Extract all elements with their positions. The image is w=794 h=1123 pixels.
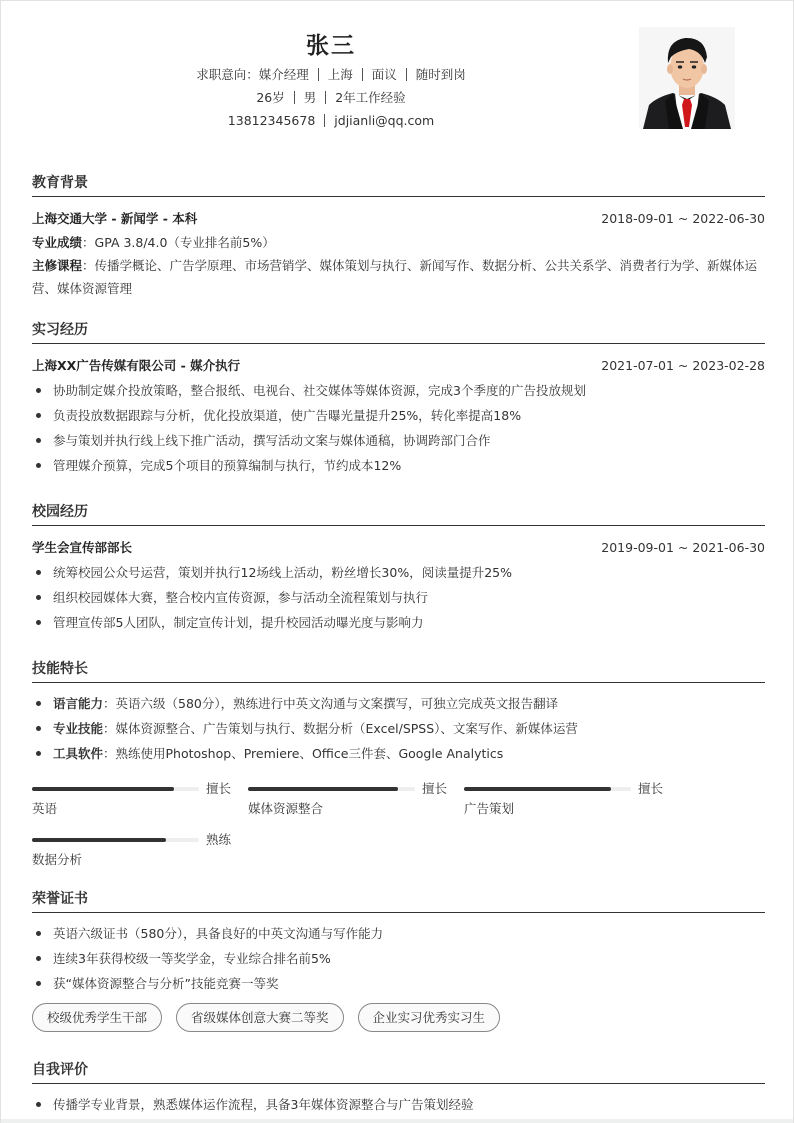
skill-name: 数据分析 bbox=[32, 851, 82, 868]
progress-track bbox=[464, 787, 631, 791]
progress-fill bbox=[248, 787, 398, 791]
honor-tag: 省级媒体创意大赛二等奖 bbox=[176, 1003, 344, 1032]
gpa-value: ：GPA 3.8/4.0（专业排名前5%） bbox=[82, 235, 275, 250]
honor-tag: 企业实习优秀实习生 bbox=[358, 1003, 501, 1032]
list-item: 统筹校园公众号运营，策划并执行12场线上活动，粉丝增长30%，阅读量提升25% bbox=[32, 560, 765, 585]
availability: 随时到岗 bbox=[416, 67, 466, 82]
list-item: 获“媒体资源整合与分析”技能竞赛一等奖 bbox=[32, 971, 765, 996]
age: 26岁 bbox=[256, 90, 284, 105]
list-item: 英语六级证书（580分），具备良好的中英文沟通与写作能力 bbox=[32, 921, 765, 946]
self-eval-bullets: 传播学专业背景，熟悉媒体运作流程，具备3年媒体资源整合与广告策划经验 bbox=[32, 1092, 765, 1117]
skill-bars: 擅长 英语 擅长 媒体资源整合 擅长 广告策划 熟练 数据分析 bbox=[32, 781, 765, 871]
internship-period: 2021-07-01 ~ 2023-02-28 bbox=[601, 353, 765, 378]
resume-header: 张三 求职意向：媒介经理上海面议随时到岗 26岁男2年工作经验 13812345… bbox=[1, 29, 661, 132]
progress-track bbox=[32, 838, 199, 842]
progress-fill bbox=[32, 787, 174, 791]
skill-level: 擅长 bbox=[206, 780, 231, 797]
education-entry-header: 上海交通大学 - 新闻学 - 本科 2018-09-01 ~ 2022-06-3… bbox=[32, 206, 765, 231]
skills-bullets: 语言能力：英语六级（580分），熟练进行中英文沟通与文案撰写，可独立完成英文报告… bbox=[32, 691, 765, 766]
education-section: 教育背景 上海交通大学 - 新闻学 - 本科 2018-09-01 ~ 2022… bbox=[32, 171, 765, 300]
honor-tags: 校级优秀学生干部 省级媒体创意大赛二等奖 企业实习优秀实习生 bbox=[32, 1003, 765, 1032]
experience-years: 2年工作经验 bbox=[335, 90, 405, 105]
divider bbox=[362, 68, 363, 81]
skill-label: 专业技能 bbox=[53, 721, 103, 736]
divider bbox=[406, 68, 407, 81]
section-title: 教育背景 bbox=[32, 171, 765, 197]
email: jdjianli@qq.com bbox=[334, 113, 434, 128]
skill-level: 擅长 bbox=[638, 780, 663, 797]
section-title: 实习经历 bbox=[32, 318, 765, 344]
gender: 男 bbox=[304, 90, 317, 105]
page-bottom-edge bbox=[1, 1119, 794, 1123]
skills-section: 技能特长 语言能力：英语六级（580分），熟练进行中英文沟通与文案撰写，可独立完… bbox=[32, 657, 765, 766]
internship-entry-header: 上海XX广告传媒有限公司 - 媒介执行 2021-07-01 ~ 2023-02… bbox=[32, 353, 765, 378]
skill-level: 擅长 bbox=[422, 780, 447, 797]
courses-label: 主修课程 bbox=[32, 258, 82, 273]
honors-section: 荣誉证书 英语六级证书（580分），具备良好的中英文沟通与写作能力 连续3年获得… bbox=[32, 887, 765, 1032]
skill-bar-ad-planning: 擅长 广告策划 bbox=[464, 781, 664, 821]
campus-bullets: 统筹校园公众号运营，策划并执行12场线上活动，粉丝增长30%，阅读量提升25% … bbox=[32, 560, 765, 635]
list-item: 专业技能：媒体资源整合、广告策划与执行、数据分析（Excel/SPSS）、文案写… bbox=[32, 716, 765, 741]
skill-label: 语言能力 bbox=[53, 696, 103, 711]
divider bbox=[324, 114, 325, 127]
list-item: 组织校园媒体大赛，整合校内宣传资源，参与活动全流程策划与执行 bbox=[32, 585, 765, 610]
progress-track bbox=[32, 787, 199, 791]
section-title: 校园经历 bbox=[32, 500, 765, 526]
skill-bar-english: 擅长 英语 bbox=[32, 781, 232, 821]
section-title: 荣誉证书 bbox=[32, 887, 765, 913]
internship-bullets: 协助制定媒介投放策略，整合报纸、电视台、社交媒体等媒体资源，完成3个季度的广告投… bbox=[32, 378, 765, 478]
job-intention: 求职意向：媒介经理 bbox=[196, 67, 309, 82]
honor-tag: 校级优秀学生干部 bbox=[32, 1003, 162, 1032]
skill-name: 英语 bbox=[32, 800, 57, 817]
list-item: 传播学专业背景，熟悉媒体运作流程，具备3年媒体资源整合与广告策划经验 bbox=[32, 1092, 765, 1117]
campus-section: 校园经历 学生会宣传部部长 2019-09-01 ~ 2021-06-30 统筹… bbox=[32, 500, 765, 635]
list-item: 协助制定媒介投放策略，整合报纸、电视台、社交媒体等媒体资源，完成3个季度的广告投… bbox=[32, 378, 765, 403]
phone: 13812345678 bbox=[228, 113, 315, 128]
list-item: 参与策划并执行线上线下推广活动，撰写活动文案与媒体通稿，协调跨部门合作 bbox=[32, 428, 765, 453]
list-item: 负责投放数据跟踪与分析，优化投放渠道，使广告曝光量提升25%，转化率提高18% bbox=[32, 403, 765, 428]
skill-value: ：媒体资源整合、广告策划与执行、数据分析（Excel/SPSS）、文案写作、新媒… bbox=[103, 721, 578, 736]
list-item: 管理宣传部5人团队，制定宣传计划，提升校园活动曝光度与影响力 bbox=[32, 610, 765, 635]
progress-fill bbox=[32, 838, 166, 842]
skill-name: 广告策划 bbox=[464, 800, 514, 817]
internship-section: 实习经历 上海XX广告传媒有限公司 - 媒介执行 2021-07-01 ~ 20… bbox=[32, 318, 765, 478]
skill-value: ：熟练使用Photoshop、Premiere、Office三件套、Google… bbox=[103, 746, 503, 761]
skill-level: 熟练 bbox=[206, 831, 231, 848]
resume-page: 张三 求职意向：媒介经理上海面议随时到岗 26岁男2年工作经验 13812345… bbox=[1, 1, 794, 1123]
section-title: 自我评价 bbox=[32, 1058, 765, 1084]
list-item: 管理媒介预算，完成5个项目的预算编制与执行，节约成本12% bbox=[32, 453, 765, 478]
avatar-portrait-icon bbox=[639, 27, 735, 129]
education-period: 2018-09-01 ~ 2022-06-30 bbox=[601, 206, 765, 231]
personal-info-line: 26岁男2年工作经验 bbox=[1, 86, 661, 109]
campus-entry-header: 学生会宣传部部长 2019-09-01 ~ 2021-06-30 bbox=[32, 535, 765, 560]
candidate-name: 张三 bbox=[1, 29, 661, 63]
skill-bar-data-analysis: 熟练 数据分析 bbox=[32, 832, 232, 872]
skill-bar-media-resources: 擅长 媒体资源整合 bbox=[248, 781, 448, 821]
gpa-line: 专业成绩：GPA 3.8/4.0（专业排名前5%） bbox=[32, 231, 765, 254]
honors-bullets: 英语六级证书（580分），具备良好的中英文沟通与写作能力 连续3年获得校级一等奖… bbox=[32, 921, 765, 996]
company-role: 上海XX广告传媒有限公司 - 媒介执行 bbox=[32, 353, 240, 378]
courses-value: ：传播学概论、广告学原理、市场营销学、媒体策划与执行、新闻写作、数据分析、公共关… bbox=[32, 258, 757, 296]
campus-role: 学生会宣传部部长 bbox=[32, 535, 132, 560]
divider bbox=[325, 91, 326, 104]
progress-fill bbox=[464, 787, 611, 791]
gpa-label: 专业成绩 bbox=[32, 235, 82, 250]
list-item: 语言能力：英语六级（580分），熟练进行中英文沟通与文案撰写，可独立完成英文报告… bbox=[32, 691, 765, 716]
courses-line: 主修课程：传播学概论、广告学原理、市场营销学、媒体策划与执行、新闻写作、数据分析… bbox=[32, 254, 765, 300]
salary: 面议 bbox=[372, 67, 397, 82]
self-evaluation-section: 自我评价 传播学专业背景，熟悉媒体运作流程，具备3年媒体资源整合与广告策划经验 bbox=[32, 1058, 765, 1117]
contact-line: 13812345678jdjianli@qq.com bbox=[1, 109, 661, 132]
skill-label: 工具软件 bbox=[53, 746, 103, 761]
list-item: 连续3年获得校级一等奖学金，专业综合排名前5% bbox=[32, 946, 765, 971]
skill-value: ：英语六级（580分），熟练进行中英文沟通与文案撰写，可独立完成英文报告翻译 bbox=[103, 696, 558, 711]
skill-name: 媒体资源整合 bbox=[248, 800, 323, 817]
job-intention-line: 求职意向：媒介经理上海面议随时到岗 bbox=[1, 63, 661, 86]
location: 上海 bbox=[328, 67, 353, 82]
divider bbox=[318, 68, 319, 81]
school-degree: 上海交通大学 - 新闻学 - 本科 bbox=[32, 206, 197, 231]
avatar bbox=[639, 27, 735, 129]
progress-track bbox=[248, 787, 415, 791]
divider bbox=[294, 91, 295, 104]
section-title: 技能特长 bbox=[32, 657, 765, 683]
campus-period: 2019-09-01 ~ 2021-06-30 bbox=[601, 535, 765, 560]
list-item: 工具软件：熟练使用Photoshop、Premiere、Office三件套、Go… bbox=[32, 741, 765, 766]
